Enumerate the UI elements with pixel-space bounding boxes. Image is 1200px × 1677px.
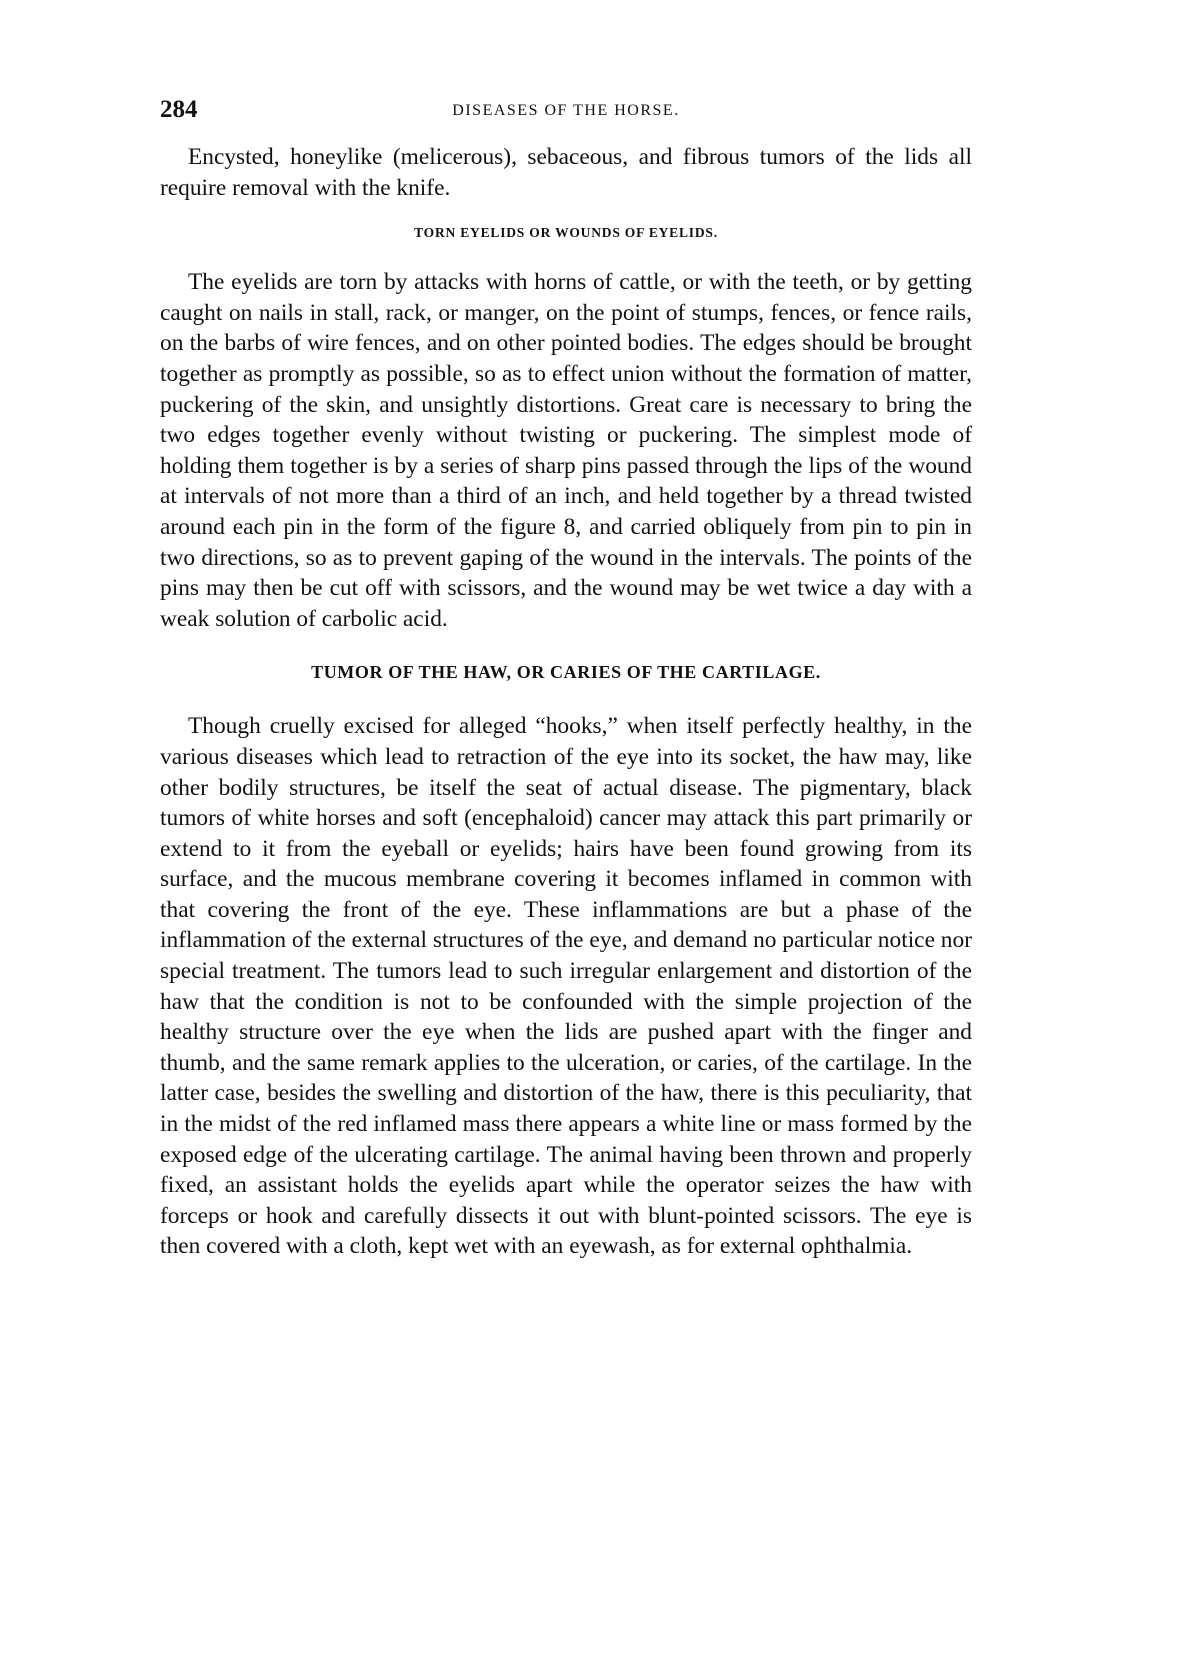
torn-eyelids-paragraph: The eyelids are torn by attacks with hor… [160,267,972,634]
section-heading-tumor-of-haw: TUMOR OF THE HAW, OR CARIES OF THE CARTI… [160,662,972,683]
running-head: 284 DISEASES OF THE HORSE. [160,96,972,136]
section-heading-torn-eyelids: TORN EYELIDS OR WOUNDS OF EYELIDS. [160,225,972,241]
tumor-of-haw-paragraph: Though cruelly excised for alleged “hook… [160,711,972,1262]
intro-paragraph: Encysted, honeylike (melicerous), sebace… [160,142,972,203]
book-page: 284 DISEASES OF THE HORSE. Encysted, hon… [160,96,972,1262]
running-title: DISEASES OF THE HORSE. [160,102,972,120]
